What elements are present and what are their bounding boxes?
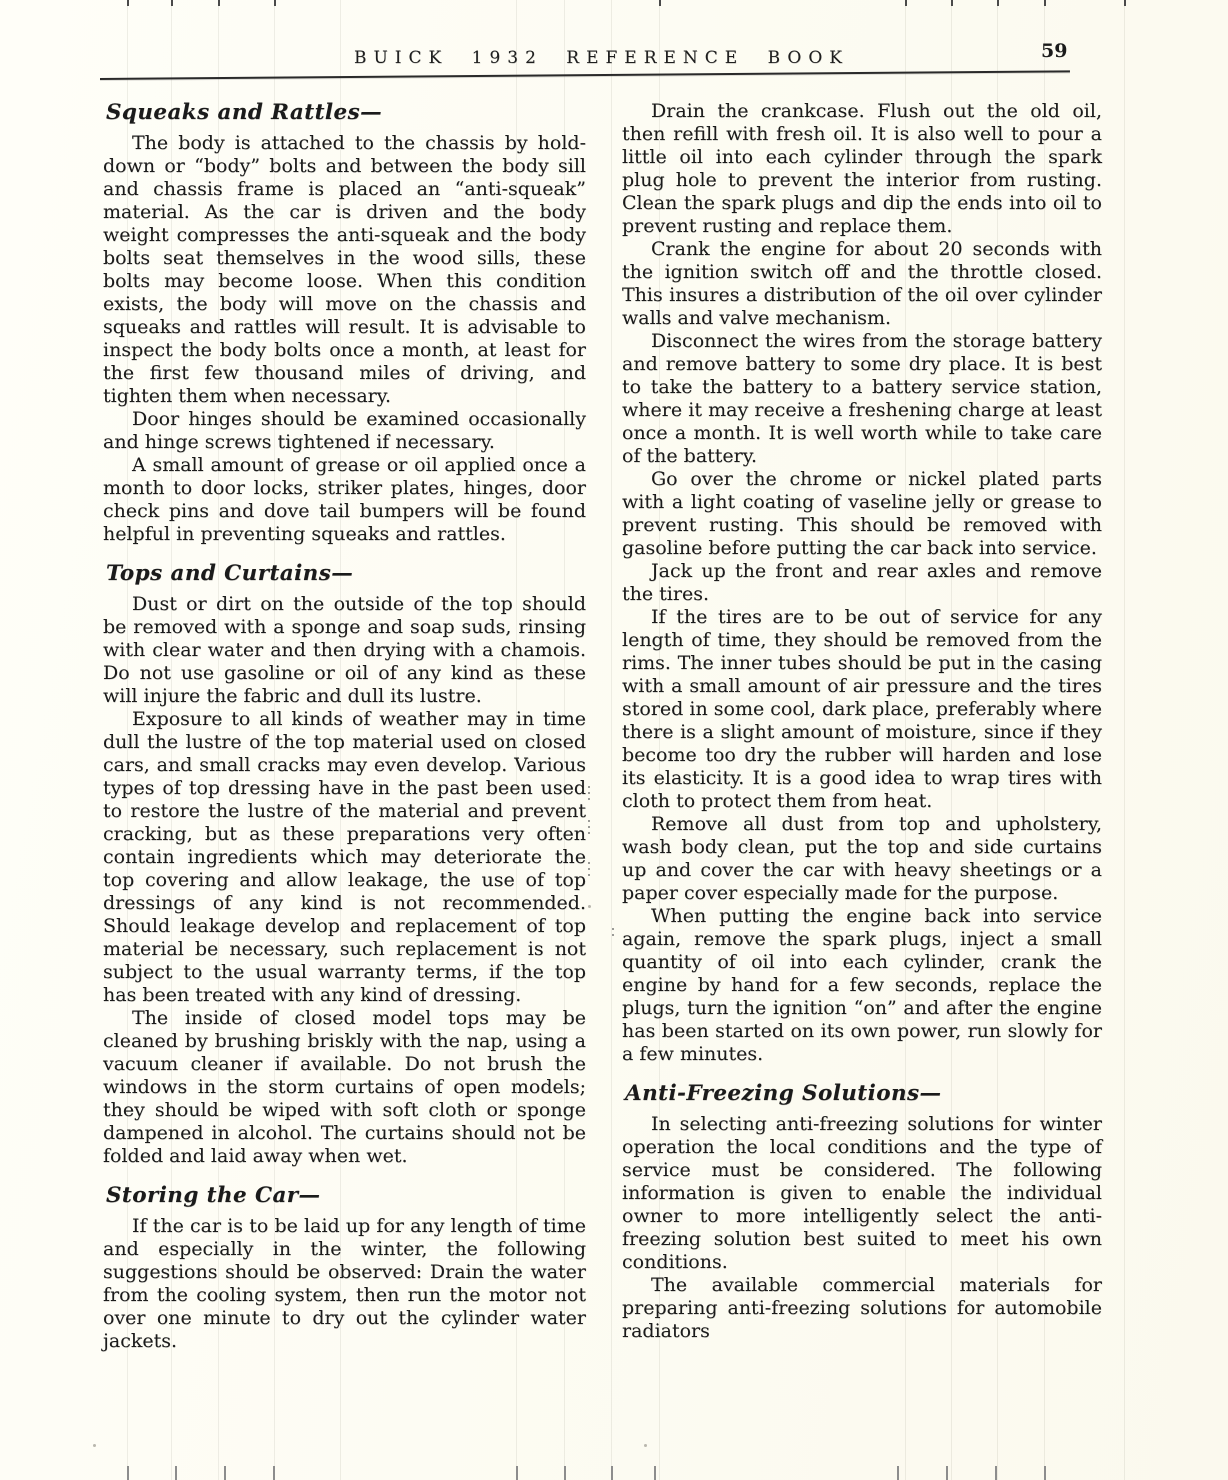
scan-tick-artifact: [516, 1466, 518, 1480]
scan-tick-artifact: [611, 1466, 613, 1480]
paragraph: The body is attached to the chassis by h…: [103, 132, 586, 408]
paragraph: Disconnect the wires from the storage ba…: [622, 330, 1102, 468]
page-number: 59: [1041, 40, 1067, 62]
scan-speck-artifact: [93, 1444, 96, 1447]
scan-tick-artifact: [274, 0, 276, 6]
scan-tick-artifact: [897, 1466, 899, 1480]
scan-speck-artifact: [588, 905, 591, 908]
scan-tick-artifact: [654, 1466, 656, 1480]
paragraph: Jack up the front and rear axles and rem…: [622, 560, 1102, 606]
heading-anti-freezing-solutions: Anti-Freezing Solutions—: [625, 1081, 1102, 1106]
heading-storing-the-car: Storing the Car—: [106, 1183, 586, 1208]
scan-tick-artifact: [175, 1466, 177, 1480]
scanned-book-page: BUICK 1932 REFERENCE BOOK 59 Squeaks and…: [0, 0, 1228, 1480]
scan-tick-artifact: [171, 0, 173, 6]
scan-line-artifact: [1124, 0, 1125, 1480]
paragraph: A small amount of grease or oil applied …: [103, 454, 586, 546]
paragraph: Exposure to all kinds of weather may in …: [103, 708, 586, 1007]
scan-tick-artifact: [273, 1466, 275, 1480]
right-column: Drain the crankcase. Flush out the old o…: [622, 100, 1102, 1343]
scan-tick-artifact: [1044, 0, 1046, 6]
paragraph: Dust or dirt on the outside of the top s…: [103, 593, 586, 708]
scan-tick-artifact: [127, 0, 129, 6]
scan-speck-artifact: [588, 862, 590, 878]
left-column: Squeaks and Rattles— The body is attache…: [103, 100, 586, 1353]
paragraph: Drain the crankcase. Flush out the old o…: [622, 100, 1102, 238]
scan-tick-artifact: [995, 1466, 997, 1480]
scan-tick-artifact: [997, 0, 999, 6]
paragraph: Crank the engine for about 20 seconds wi…: [622, 238, 1102, 330]
paragraph: Door hinges should be examined occasiona…: [103, 408, 586, 454]
heading-squeaks-and-rattles: Squeaks and Rattles—: [106, 100, 586, 125]
scan-tick-artifact: [946, 1466, 948, 1480]
scan-tick-artifact: [1044, 1466, 1046, 1480]
paragraph: Go over the chrome or nickel plated part…: [622, 468, 1102, 560]
scan-speck-artifact: [588, 786, 590, 802]
scan-tick-artifact: [951, 0, 953, 6]
paragraph: Remove all dust from top and upholstery,…: [622, 813, 1102, 905]
paragraph: When putting the engine back into servic…: [622, 905, 1102, 1066]
heading-tops-and-curtains: Tops and Curtains—: [106, 561, 586, 586]
scan-line-artifact: [611, 0, 612, 1480]
scan-tick-artifact: [1124, 0, 1126, 6]
scan-speck-artifact: [644, 1444, 647, 1447]
paragraph: If the tires are to be out of service fo…: [622, 606, 1102, 813]
scan-speck-artifact: [588, 820, 590, 836]
header-rule: [100, 70, 1070, 80]
scan-tick-artifact: [659, 0, 661, 6]
scan-speck-artifact: [612, 928, 614, 940]
scan-tick-artifact: [218, 0, 220, 6]
scan-tick-artifact: [905, 0, 907, 6]
scan-tick-artifact: [127, 1466, 129, 1480]
paragraph: If the car is to be laid up for any leng…: [103, 1215, 586, 1353]
paragraph: In selecting anti-freezing solutions for…: [622, 1113, 1102, 1274]
scan-tick-artifact: [564, 1466, 566, 1480]
scan-tick-artifact: [224, 1466, 226, 1480]
paragraph: The available commercial materials for p…: [622, 1274, 1102, 1343]
book-header-title: BUICK 1932 REFERENCE BOOK: [103, 48, 1100, 68]
paragraph: The inside of closed model tops may be c…: [103, 1007, 586, 1168]
